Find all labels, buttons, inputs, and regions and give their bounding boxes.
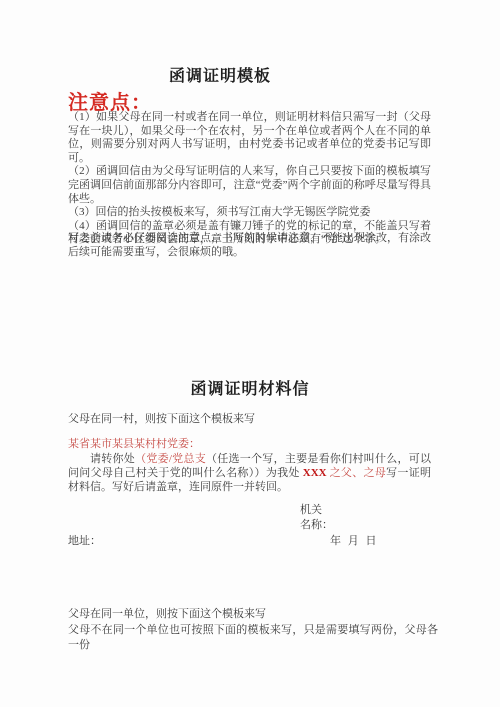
letter-body-xxx: XXX [303,467,327,479]
date-line: 年 月 日 [330,532,379,548]
document-title: 函调证明模板 [0,63,440,86]
letter-body: 请转你处（党委/党总支（任选一个写，主要是看你们村叫什么，可以问问父母自己村关于… [68,452,431,494]
notice-list: （1）如果父母在同一村或者在同一单位，则证明材料信只需写一封（父母写在一块儿），… [68,111,431,247]
footer-notes: 父母在同一单位，则按下面这个模板来写 父母不在同一个单位也可按照下面的模板来写，… [68,607,438,654]
letter-body-red-after: 之父、之母 [327,467,387,479]
org-label-line2: 名称： [300,518,333,533]
org-label-line1: 机关 [300,503,333,518]
document-page: 函调证明模板 注意点： （1）如果父母在同一村或者在同一单位，则证明材料信只需写… [0,0,500,707]
footer-note-1: 父母在同一单位，则按下面这个模板来写 [68,607,438,623]
footer-note-2: 父母不在同一个单位也可按照下面的模板来写，只是需要填写两份，父母各一份 [68,623,438,654]
address-label: 地址： [68,532,101,548]
letter-body-prefix: 请转你处 [90,453,135,465]
org-name-block: 机关 名称： [300,503,333,532]
notice-item-2: （2）函调回信由为父母写证明信的人来写，你自己只要按下面的模板填写完函调回信前面… [68,165,431,206]
letter-intro: 父母在同一村，则按下面这个模板来写 [68,413,431,427]
notice-footer: 写之前请务必仔细阅读注意点，书写的时候请注意，不能出现涂改，有涂改后续可能需要重… [68,232,431,259]
letter-salutation: 某省某市某县某村村党委： [68,438,431,452]
notice-item-3: （3）回信的抬头按模板来写，须书写江南大学无锡医学院党委 [68,206,431,220]
letter-title: 函调证明材料信 [0,376,500,399]
notice-item-1: （1）如果父母在同一村或者在同一单位，则证明材料信只需写一封（父母写在一块儿），… [68,111,431,165]
letter-body-red-paren: （党委/党总支 [135,453,206,465]
